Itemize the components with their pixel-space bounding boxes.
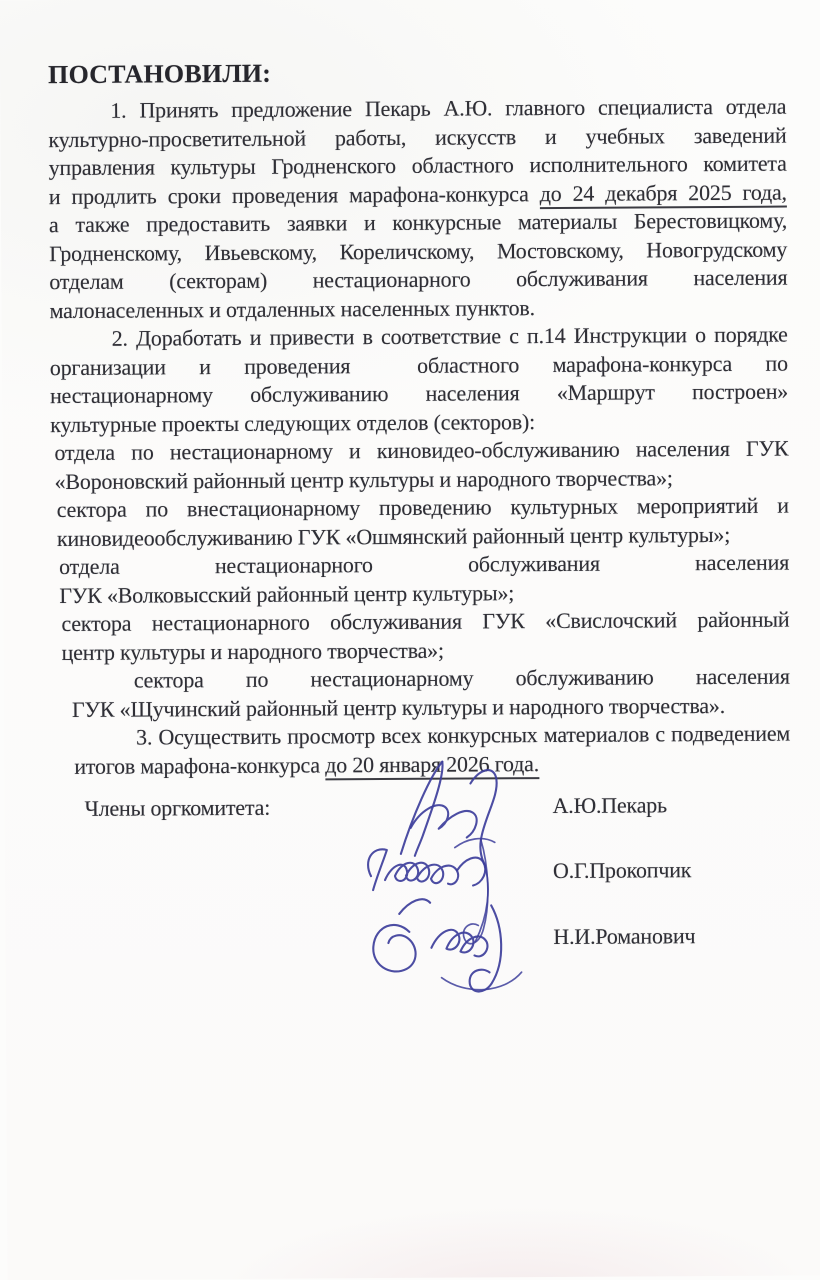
document: ПОСТАНОВИЛИ: 1. Принять предложение Пека… bbox=[0, 0, 820, 1047]
signature-section: Члены оргкомитета: А.Ю.Пекарь О.Г.Прокоп… bbox=[52, 783, 792, 1048]
text-segment: малонаселенных и отдаленных населенных п… bbox=[49, 295, 534, 323]
document-line: киновидеообслуживанию ГУК «Ошмянский рай… bbox=[57, 520, 789, 553]
document-line: сектора по внестационарному проведению к… bbox=[57, 492, 789, 525]
document-line: организации и проведения областного мара… bbox=[50, 349, 788, 382]
text-segment: культурно-просветительной работы, искусс… bbox=[48, 122, 786, 152]
text-segment: управления культуры Гродненского областн… bbox=[49, 151, 787, 181]
text-segment: организации и проведения областного мара… bbox=[50, 350, 788, 380]
document-line: 3. Осуществить просмотр всех конкурсных … bbox=[74, 720, 790, 753]
signatory-name: А.Ю.Пекарь bbox=[552, 791, 666, 820]
document-line: ГУК «Волковысский районный центр культур… bbox=[59, 577, 789, 610]
signatory-name: Н.И.Романович bbox=[553, 922, 695, 951]
text-segment: культурные проекты следующих отделов (се… bbox=[50, 409, 535, 437]
signature-label: Члены оргкомитета: bbox=[84, 794, 270, 823]
text-segment: отдела нестационарного обслуживания насе… bbox=[59, 550, 789, 579]
document-line: а также предоставить заявки и конкурсные… bbox=[49, 207, 787, 240]
signatory-name: О.Г.Прокопчик bbox=[553, 856, 691, 885]
text-segment: «Вороновский районный центр культуры и н… bbox=[54, 465, 672, 494]
text-segment: Гродненскому, Ивьевскому, Кореличскому, … bbox=[49, 236, 787, 266]
text-segment: киновидеообслуживанию ГУК «Ошмянский рай… bbox=[57, 521, 730, 550]
document-line: отдела по нестационарному и киновидео-об… bbox=[54, 435, 788, 468]
underlined-date: до 24 декабря 2025 года, bbox=[540, 179, 787, 209]
text-segment: 3. Осуществить просмотр всех конкурсных … bbox=[136, 721, 790, 750]
document-line: итогов марафона-конкурса до 20 января 20… bbox=[74, 748, 790, 781]
text-segment: сектора по нестационарному обслуживанию … bbox=[134, 664, 790, 693]
document-line: 2. Доработать и привести в соответствие … bbox=[50, 321, 788, 354]
text-segment: а также предоставить заявки и конкурсные… bbox=[49, 208, 787, 238]
text-segment: центр культуры и народного творчества»; bbox=[62, 637, 444, 664]
text-segment: отдела по нестационарному и киновидео-об… bbox=[54, 436, 788, 465]
underlined-date: до 20 января 2026 года. bbox=[325, 751, 539, 780]
document-line: нестационарному обслуживанию населения «… bbox=[50, 378, 788, 411]
document-line: центр культуры и народного творчества»; bbox=[62, 634, 790, 667]
document-heading: ПОСТАНОВИЛИ: bbox=[48, 54, 786, 93]
document-line: отделам (секторам) нестационарного обслу… bbox=[49, 264, 787, 297]
document-line: культурно-просветительной работы, искусс… bbox=[48, 121, 786, 154]
document-line: сектора нестационарного обслуживания ГУК… bbox=[61, 606, 789, 639]
text-segment: отделам (секторам) нестационарного обслу… bbox=[49, 265, 787, 295]
text-segment: сектора по внестационарному проведению к… bbox=[57, 493, 789, 522]
document-line: и продлить сроки проведения марафона-кон… bbox=[49, 178, 787, 211]
document-line: сектора по нестационарному обслуживанию … bbox=[72, 663, 790, 696]
document-body: 1. Принять предложение Пекарь А.Ю. главн… bbox=[48, 93, 790, 781]
text-segment: ГУК «Волковысский районный центр культур… bbox=[59, 580, 514, 608]
document-line: малонаселенных и отдаленных населенных п… bbox=[49, 292, 787, 325]
text-segment: нестационарному обслуживанию населения «… bbox=[50, 379, 788, 409]
document-line: 1. Принять предложение Пекарь А.Ю. главн… bbox=[48, 93, 786, 126]
text-segment: итогов марафона-конкурса bbox=[74, 752, 325, 779]
document-line: ГУК «Щучинский районный центр культуры и… bbox=[72, 691, 790, 724]
text-segment: сектора нестационарного обслуживания ГУК… bbox=[61, 607, 789, 636]
document-line: «Вороновский районный центр культуры и н… bbox=[54, 463, 788, 496]
document-line: Гродненскому, Ивьевскому, Кореличскому, … bbox=[49, 235, 787, 268]
document-line: культурные проекты следующих отделов (се… bbox=[50, 406, 788, 439]
text-segment: ГУК «Щучинский районный центр культуры и… bbox=[72, 692, 725, 721]
text-segment: 1. Принять предложение Пекарь А.Ю. главн… bbox=[110, 94, 786, 123]
document-line: управления культуры Гродненского областн… bbox=[49, 150, 787, 183]
document-line: отдела нестационарного обслуживания насе… bbox=[59, 549, 789, 582]
text-segment: и продлить сроки проведения марафона-кон… bbox=[49, 181, 540, 209]
text-segment: 2. Доработать и привести в соответствие … bbox=[112, 322, 788, 351]
scanned-page: ПОСТАНОВИЛИ: 1. Принять предложение Пека… bbox=[0, 0, 820, 1280]
